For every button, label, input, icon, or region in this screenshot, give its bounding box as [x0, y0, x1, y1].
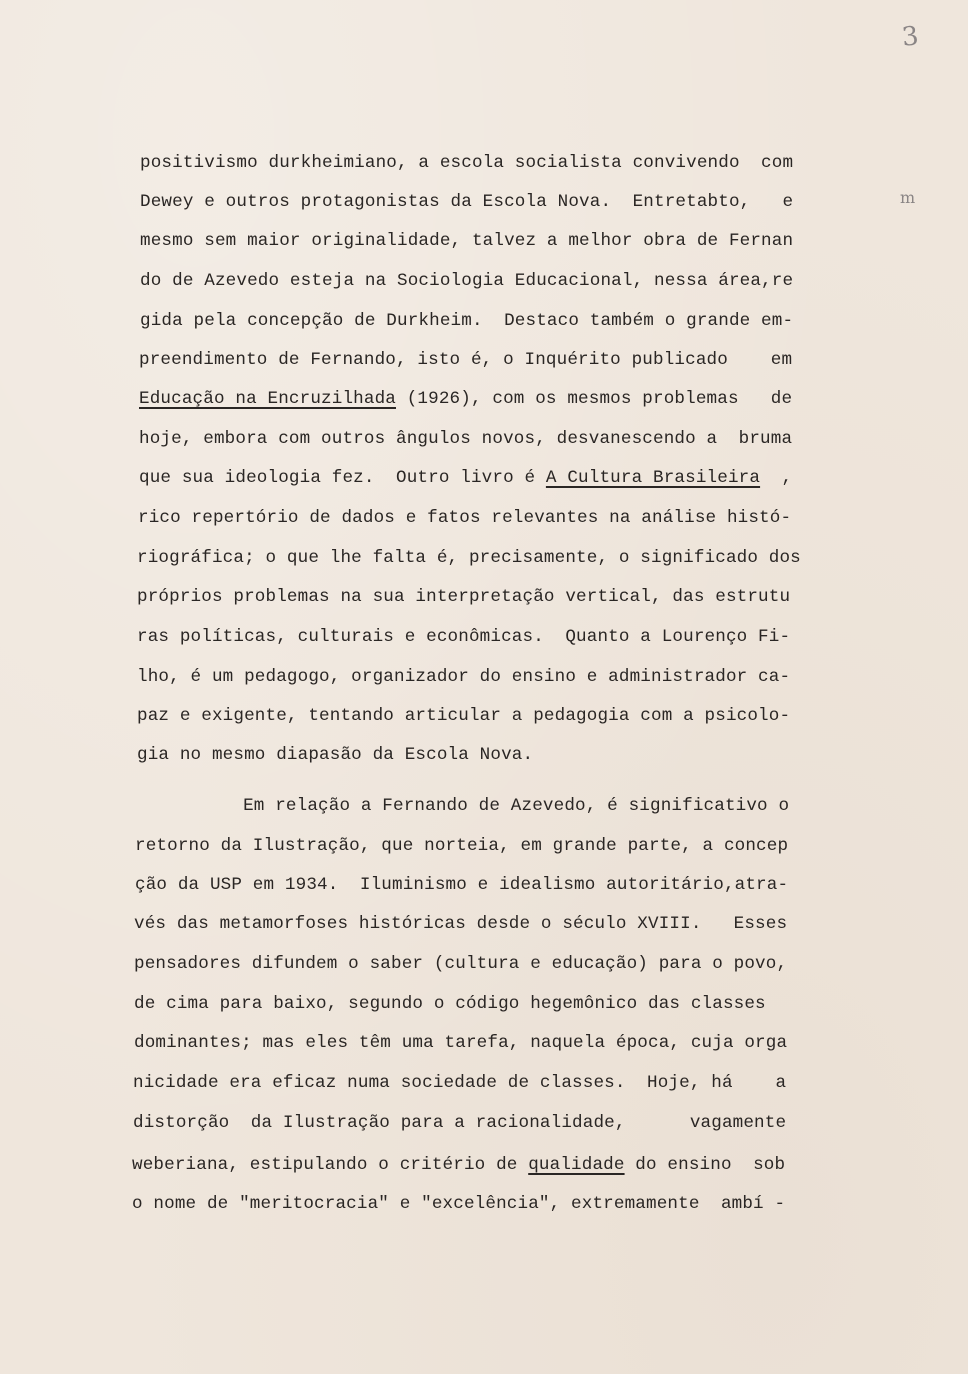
handwritten-margin-mark: m: [900, 188, 915, 207]
text-line: do de Azevedo esteja na Sociologia Educa…: [140, 270, 793, 292]
text-line: positivismo durkheimiano, a escola socia…: [140, 152, 793, 174]
text-line: mesmo sem maior originalidade, talvez a …: [140, 230, 793, 252]
text-line: Dewey e outros protagonistas da Escola N…: [140, 191, 793, 213]
text-line: o nome de "meritocracia" e "excelência",…: [132, 1193, 785, 1215]
text-line: nicidade era eficaz numa sociedade de cl…: [133, 1072, 786, 1094]
text-line: Em relação a Fernando de Azevedo, é sign…: [136, 795, 789, 817]
handwritten-page-number: 3: [900, 21, 920, 53]
text-line: de cima para baixo, segundo o código heg…: [134, 993, 766, 1015]
text-line: hoje, embora com outros ângulos novos, d…: [139, 428, 792, 450]
line-segment: ,: [760, 468, 792, 488]
text-line: rico repertório de dados e fatos relevan…: [138, 507, 791, 529]
line-segment: que sua ideologia fez. Outro livro é: [139, 468, 546, 488]
book-title-underlined: Educação na Encruzilhada: [139, 389, 396, 409]
text-line: Educação na Encruzilhada (1926), com os …: [139, 388, 792, 410]
text-line: riográfica; o que lhe falta é, precisame…: [137, 547, 801, 569]
text-line: dominantes; mas eles têm uma tarefa, naq…: [134, 1032, 787, 1054]
text-line: gia no mesmo diapasão da Escola Nova.: [137, 744, 533, 766]
text-line: ras políticas, culturais e econômicas. Q…: [137, 626, 790, 648]
text-line: que sua ideologia fez. Outro livro é A C…: [139, 467, 792, 489]
line-segment: do ensino sob: [625, 1155, 786, 1175]
line-segment: weberiana, estipulando o critério de: [132, 1155, 528, 1175]
text-line: retorno da Ilustração, que norteia, em g…: [135, 835, 788, 857]
text-line: paz e exigente, tentando articular a ped…: [137, 705, 790, 727]
text-line: vés das metamorfoses históricas desde o …: [134, 913, 787, 935]
line-segment: (1926), com os mesmos problemas de: [396, 389, 792, 409]
text-line: pensadores difundem o saber (cultura e e…: [134, 953, 787, 975]
text-line: lho, é um pedagogo, organizador do ensin…: [137, 666, 790, 688]
typewritten-page: 3 m positivismo durkheimiano, a escola s…: [0, 0, 968, 1374]
underlined-word: qualidade: [528, 1155, 624, 1175]
text-line: preendimento de Fernando, isto é, o Inqu…: [139, 349, 792, 371]
book-title-underlined: A Cultura Brasileira: [546, 468, 760, 488]
text-line: distorção da Ilustração para a racionali…: [133, 1112, 786, 1134]
text-line: próprios problemas na sua interpretação …: [137, 586, 790, 608]
text-line: weberiana, estipulando o critério de qua…: [132, 1154, 785, 1176]
text-line: ção da USP em 1934. Iluminismo e idealis…: [135, 874, 788, 896]
text-line: gida pela concepção de Durkheim. Destaco…: [140, 310, 793, 332]
